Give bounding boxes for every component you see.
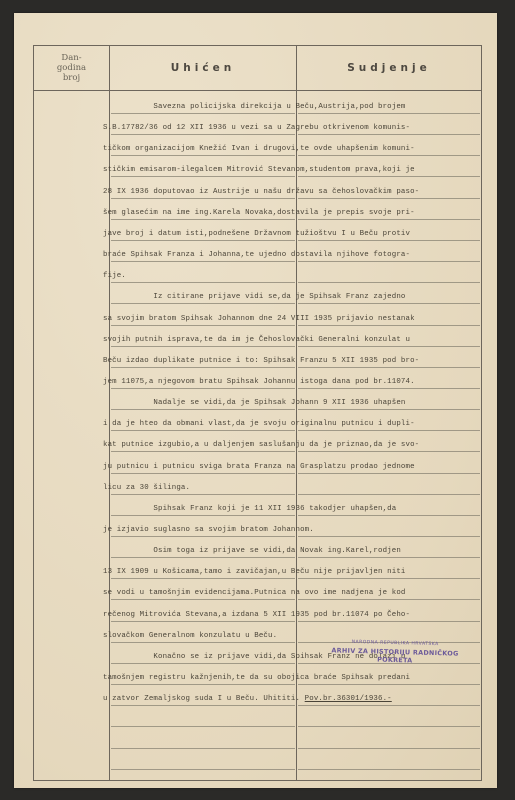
ruled-line	[298, 113, 480, 114]
ruled-line	[298, 769, 480, 770]
header-date-number-label: Dan-godinabroj	[57, 53, 86, 83]
ruled-line	[111, 367, 295, 368]
ruled-line	[111, 261, 295, 262]
ruled-line	[111, 621, 295, 622]
typed-text-line-content: Iz citirane prijave vidi se,da je Spihsa…	[103, 293, 406, 301]
header-date-number-text: godina	[57, 63, 86, 73]
typed-text-line-content: Osim toga iz prijave se vidi,da Novak in…	[103, 547, 401, 555]
header-divider	[33, 90, 482, 91]
typed-text-line: se vodi u tamošnjim evidencijama.Putnica…	[103, 588, 483, 598]
ruled-line	[111, 494, 295, 495]
archive-stamp: NARODNA REPUBLIKA HRVATSKA ARHIV ZA HIST…	[330, 639, 461, 665]
header-trial-label: Sudjenje	[347, 62, 430, 74]
ruled-line	[111, 430, 295, 431]
header-date-number: Dan-godinabroj	[34, 46, 109, 90]
typed-text-line-content: ju putnicu i putnicu sviga brata Franza …	[103, 463, 415, 471]
typed-text-line-content: fije.	[103, 272, 126, 280]
ruled-line	[111, 536, 295, 537]
ruled-line	[111, 282, 295, 283]
typed-text-line: u zatvor Zemaljskog suda I u Beču. Uhiti…	[103, 694, 483, 704]
ruled-line	[298, 748, 480, 749]
ruled-line	[111, 388, 295, 389]
typed-text-line: ju putnicu i putnicu sviga brata Franza …	[103, 462, 483, 472]
typed-text-line: Savezna policijska direkcija u Beču,Aust…	[103, 102, 483, 112]
typed-text-line-content: i da je hteo da obmani vlast,da je svoju…	[103, 420, 415, 428]
ruled-line	[298, 409, 480, 410]
typed-text-line: šem glasećim na ime ing.Karela Novaka,do…	[103, 208, 483, 218]
ruled-line	[111, 176, 295, 177]
stamp-line-2: ARHIV ZA HISTORIJU RADNIČKOG POKRETA	[330, 646, 460, 665]
ruled-line	[298, 303, 480, 304]
typed-text-line: rečenog Mitrovića Stevana,a izdana 5 XII…	[103, 610, 483, 620]
typed-text-line-content: u zatvor Zemaljskog suda I u Beču. Uhiti…	[103, 695, 305, 703]
typed-text-line: tičkom organizacijom Knežić Ivan i drugo…	[103, 144, 483, 154]
typed-text-line-content: jem 11075,a njegovom bratu Spihsak Johan…	[103, 378, 415, 386]
typed-text-line: kat putnice izgubio,a u daljenjem sasluš…	[103, 440, 483, 450]
ruled-line	[111, 726, 295, 727]
typed-text-line: stičkim emisarom-ilegalcem Mitrović Stev…	[103, 165, 483, 175]
typed-text-line: Spihsak Franz koji je 11 XII 1936 takodj…	[103, 504, 483, 514]
ruled-line	[111, 325, 295, 326]
typed-text-line-content: šem glasećim na ime ing.Karela Novaka,do…	[103, 209, 415, 217]
typed-text-line: Iz citirane prijave vidi se,da je Spihsa…	[103, 292, 483, 302]
typed-text-line-content: S.B.17782/36 od 12 XII 1936 u vezi sa u …	[103, 124, 410, 132]
typed-text-line: S.B.17782/36 od 12 XII 1936 u vezi sa u …	[103, 123, 483, 133]
typed-text-line-content: svojih putnih isprava,te da im je Čehosl…	[103, 336, 410, 344]
ruled-line	[298, 367, 480, 368]
ruled-line	[298, 684, 480, 685]
typed-text-line: sa svojim bratom Spihsak Johannom dne 24…	[103, 314, 483, 324]
typed-text-line-content: se vodi u tamošnjim evidencijama.Putnica…	[103, 589, 406, 597]
ruled-line	[298, 578, 480, 579]
typed-text-line-content: rečenog Mitrovića Stevana,a izdana 5 XII…	[103, 611, 410, 619]
typed-text-line: Nadalje se vidi,da je Spihsak Johann 9 X…	[103, 398, 483, 408]
typed-text-line: i da je hteo da obmani vlast,da je svoju…	[103, 419, 483, 429]
typed-text-line: slovačkom Generalnom konzulatu u Beču.	[103, 631, 483, 641]
ruled-line	[111, 155, 295, 156]
typed-text-line: je izjavio suglasno sa svojim bratom Joh…	[103, 525, 483, 535]
header-arrested: Uhićen	[110, 46, 296, 90]
typed-text-line: 28 IX 1936 doputovao iz Austrije u našu …	[103, 187, 483, 197]
typed-text-line-content: licu za 30 šilinga.	[103, 484, 190, 492]
typed-text-line-content: slovačkom Generalnom konzulatu u Beču.	[103, 632, 277, 640]
header-date-number-text: broj	[57, 73, 86, 83]
typed-text-line-content: jave broj i datum isti,podnešene Državno…	[103, 230, 410, 238]
ruled-line	[298, 134, 480, 135]
typed-text-line-content: tičkom organizacijom Knežić Ivan i drugo…	[103, 145, 415, 153]
ruled-line	[111, 198, 295, 199]
typed-text-line-content: Nadalje se vidi,da je Spihsak Johann 9 X…	[103, 399, 406, 407]
ruled-line	[298, 599, 480, 600]
typed-text-line: licu za 30 šilinga.	[103, 483, 483, 493]
ruled-line	[298, 536, 480, 537]
ruled-line	[111, 219, 295, 220]
ruled-line	[111, 515, 295, 516]
typed-text-line-content: Savezna policijska direkcija u Beču,Aust…	[103, 103, 406, 111]
ruled-line	[298, 726, 480, 727]
typed-text-line-content: kat putnice izgubio,a u daljenjem sasluš…	[103, 441, 419, 449]
column-divider-2	[296, 45, 297, 781]
typed-text-line-content: je izjavio suglasno sa svojim bratom Joh…	[103, 526, 314, 534]
ruled-line	[111, 705, 295, 706]
ruled-line	[111, 240, 295, 241]
typed-text-line-content: 28 IX 1936 doputovao iz Austrije u našu …	[103, 188, 419, 196]
ruled-line	[111, 663, 295, 664]
ruled-line	[111, 642, 295, 643]
ruled-line	[111, 346, 295, 347]
typed-text-line-content: 13 IX 1909 u Košicama,tamo i zavičajan,u…	[103, 568, 406, 576]
typed-text-line: fije.	[103, 271, 483, 281]
typed-text-line-content: stičkim emisarom-ilegalcem Mitrović Stev…	[103, 166, 415, 174]
ruled-line	[111, 409, 295, 410]
ruled-line	[111, 134, 295, 135]
typed-text-line-content: braće Spihsak Franza i Johanna,te ujedno…	[103, 251, 410, 259]
ruled-line	[298, 705, 480, 706]
ruled-line	[298, 494, 480, 495]
ruled-line	[298, 515, 480, 516]
typed-text-line: tamošnjem registru kažnjenih,te da su ob…	[103, 673, 483, 683]
ruled-line	[111, 113, 295, 114]
typed-text-line-content: sa svojim bratom Spihsak Johannom dne 24…	[103, 315, 415, 323]
ruled-line	[298, 388, 480, 389]
ruled-line	[298, 219, 480, 220]
header-trial: Sudjenje	[297, 46, 481, 90]
typed-text-line-content: tamošnjem registru kažnjenih,te da su ob…	[103, 674, 410, 682]
ruled-line	[111, 769, 295, 770]
ruled-line	[298, 325, 480, 326]
typed-text-line: Beču izdao duplikate putnice i to: Spihs…	[103, 356, 483, 366]
typed-text-line: braće Spihsak Franza i Johanna,te ujedno…	[103, 250, 483, 260]
ruled-line	[298, 346, 480, 347]
ruled-line	[298, 621, 480, 622]
header-arrested-label: Uhićen	[171, 62, 235, 74]
typed-text-line-content: Beču izdao duplikate putnice i to: Spihs…	[103, 357, 419, 365]
ruled-line	[111, 557, 295, 558]
typed-text-line: jem 11075,a njegovom bratu Spihsak Johan…	[103, 377, 483, 387]
header-date-number-text: Dan-	[57, 53, 86, 63]
typed-text-line: 13 IX 1909 u Košicama,tamo i zavičajan,u…	[103, 567, 483, 577]
ruled-line	[111, 599, 295, 600]
typed-text-line-content: Spihsak Franz koji je 11 XII 1936 takodj…	[103, 505, 396, 513]
reference-number: Pov.br.36301/1936.-	[305, 695, 392, 703]
ruled-line	[298, 261, 480, 262]
typed-text-line: svojih putnih isprava,te da im je Čehosl…	[103, 335, 483, 345]
ruled-line	[298, 473, 480, 474]
ruled-line	[111, 303, 295, 304]
ruled-line	[111, 748, 295, 749]
typed-text-line: jave broj i datum isti,podnešene Državno…	[103, 229, 483, 239]
ruled-line	[111, 684, 295, 685]
ruled-line	[298, 282, 480, 283]
ruled-line	[111, 578, 295, 579]
ruled-line	[298, 451, 480, 452]
ruled-line	[298, 240, 480, 241]
ruled-line	[298, 198, 480, 199]
ruled-line	[298, 155, 480, 156]
ruled-line	[298, 557, 480, 558]
ruled-line	[298, 430, 480, 431]
typed-text-line: Osim toga iz prijave se vidi,da Novak in…	[103, 546, 483, 556]
ruled-line	[111, 473, 295, 474]
column-divider-1	[109, 45, 110, 781]
ruled-line	[111, 451, 295, 452]
ruled-line	[298, 176, 480, 177]
